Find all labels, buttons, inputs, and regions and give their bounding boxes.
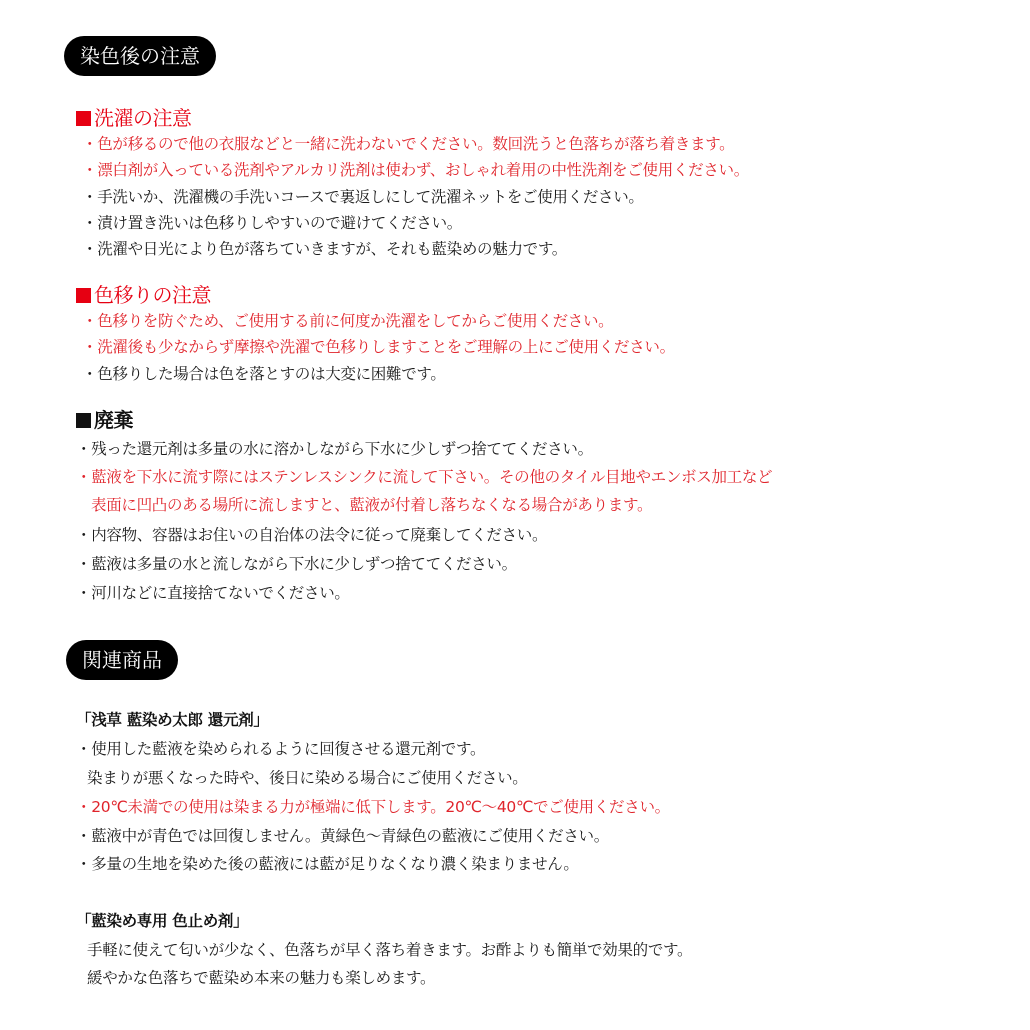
product-line: ・多量の生地を染めた後の藍液には藍が足りなくなり濃く染まりません。 [76, 853, 579, 875]
product-title: 「浅草 藍染め太郎 還元剤」 [76, 709, 269, 731]
product-line-continued: 染まりが悪くなった時や、後日に染める場合にご使用ください。 [87, 767, 528, 789]
list-item: ・色移りを防ぐため、ご使用する前に何度か洗濯をしてからご使用ください。 [82, 310, 613, 332]
product-line: ・使用した藍液を染められるように回復させる還元剤です。 [76, 738, 485, 760]
list-item: ・漬け置き洗いは色移りしやすいので避けてください。 [82, 212, 462, 234]
product-line: ・藍液中が青色では回復しません。黄緑色～青緑色の藍液にご使用ください。 [76, 825, 609, 847]
list-item: ・残った還元剤は多量の水に溶かしながら下水に少しずつ捨ててください。 [76, 438, 593, 460]
section-title-related-products: 関連商品 [66, 640, 178, 680]
list-item-continued: 表面に凹凸のある場所に流しますと、藍液が付着し落ちなくなる場合があります。 [91, 494, 652, 516]
product-line: 緩やかな色落ちで藍染め本来の魅力も楽しめます。 [87, 967, 435, 989]
section-title-after-dye: 染色後の注意 [64, 36, 216, 76]
heading-transfer-label: 色移りの注意 [94, 283, 211, 307]
list-item: ・色が移るので他の衣服などと一緒に洗わないでください。数回洗うと色落ちが落ち着き… [82, 133, 734, 155]
list-item: ・手洗いか、洗濯機の手洗いコースで裏返しにして洗濯ネットをご使用ください。 [82, 186, 644, 208]
list-item: ・洗濯や日光により色が落ちていきますが、それも藍染めの魅力です。 [82, 238, 567, 260]
list-item: ・漂白剤が入っている洗剤やアルカリ洗剤は使わず、おしゃれ着用の中性洗剤をご使用く… [82, 159, 749, 181]
list-item: ・藍液を下水に流す際にはステンレスシンクに流して下さい。その他のタイル目地やエン… [76, 466, 772, 488]
list-item: ・河川などに直接捨てないでください。 [76, 582, 350, 604]
heading-color-transfer: 色移りの注意 [76, 283, 211, 307]
product-line: 手軽に使えて匂いが少なく、色落ちが早く落ち着きます。お酢よりも簡単で効果的です。 [87, 939, 692, 961]
product-line: ・20℃未満での使用は染まる力が極端に低下します。20℃～40℃でご使用ください… [76, 796, 670, 818]
square-bullet-icon [76, 413, 91, 428]
list-item: ・内容物、容器はお住いの自治体の法令に従って廃棄してください。 [76, 524, 547, 546]
heading-disposal: 廃棄 [76, 408, 133, 432]
list-item: ・洗濯後も少なからず摩擦や洗濯で色移りしますことをご理解の上にご使用ください。 [82, 336, 675, 358]
list-item: ・藍液は多量の水と流しながら下水に少しずつ捨ててください。 [76, 553, 517, 575]
heading-disposal-label: 廃棄 [94, 408, 133, 432]
list-item: ・色移りした場合は色を落とすのは大変に困難です。 [82, 363, 446, 385]
square-bullet-icon [76, 288, 91, 303]
heading-washing: 洗濯の注意 [76, 106, 192, 130]
product-title: 「藍染め専用 色止め剤」 [76, 910, 248, 932]
heading-washing-label: 洗濯の注意 [94, 106, 192, 130]
square-bullet-icon [76, 111, 91, 126]
